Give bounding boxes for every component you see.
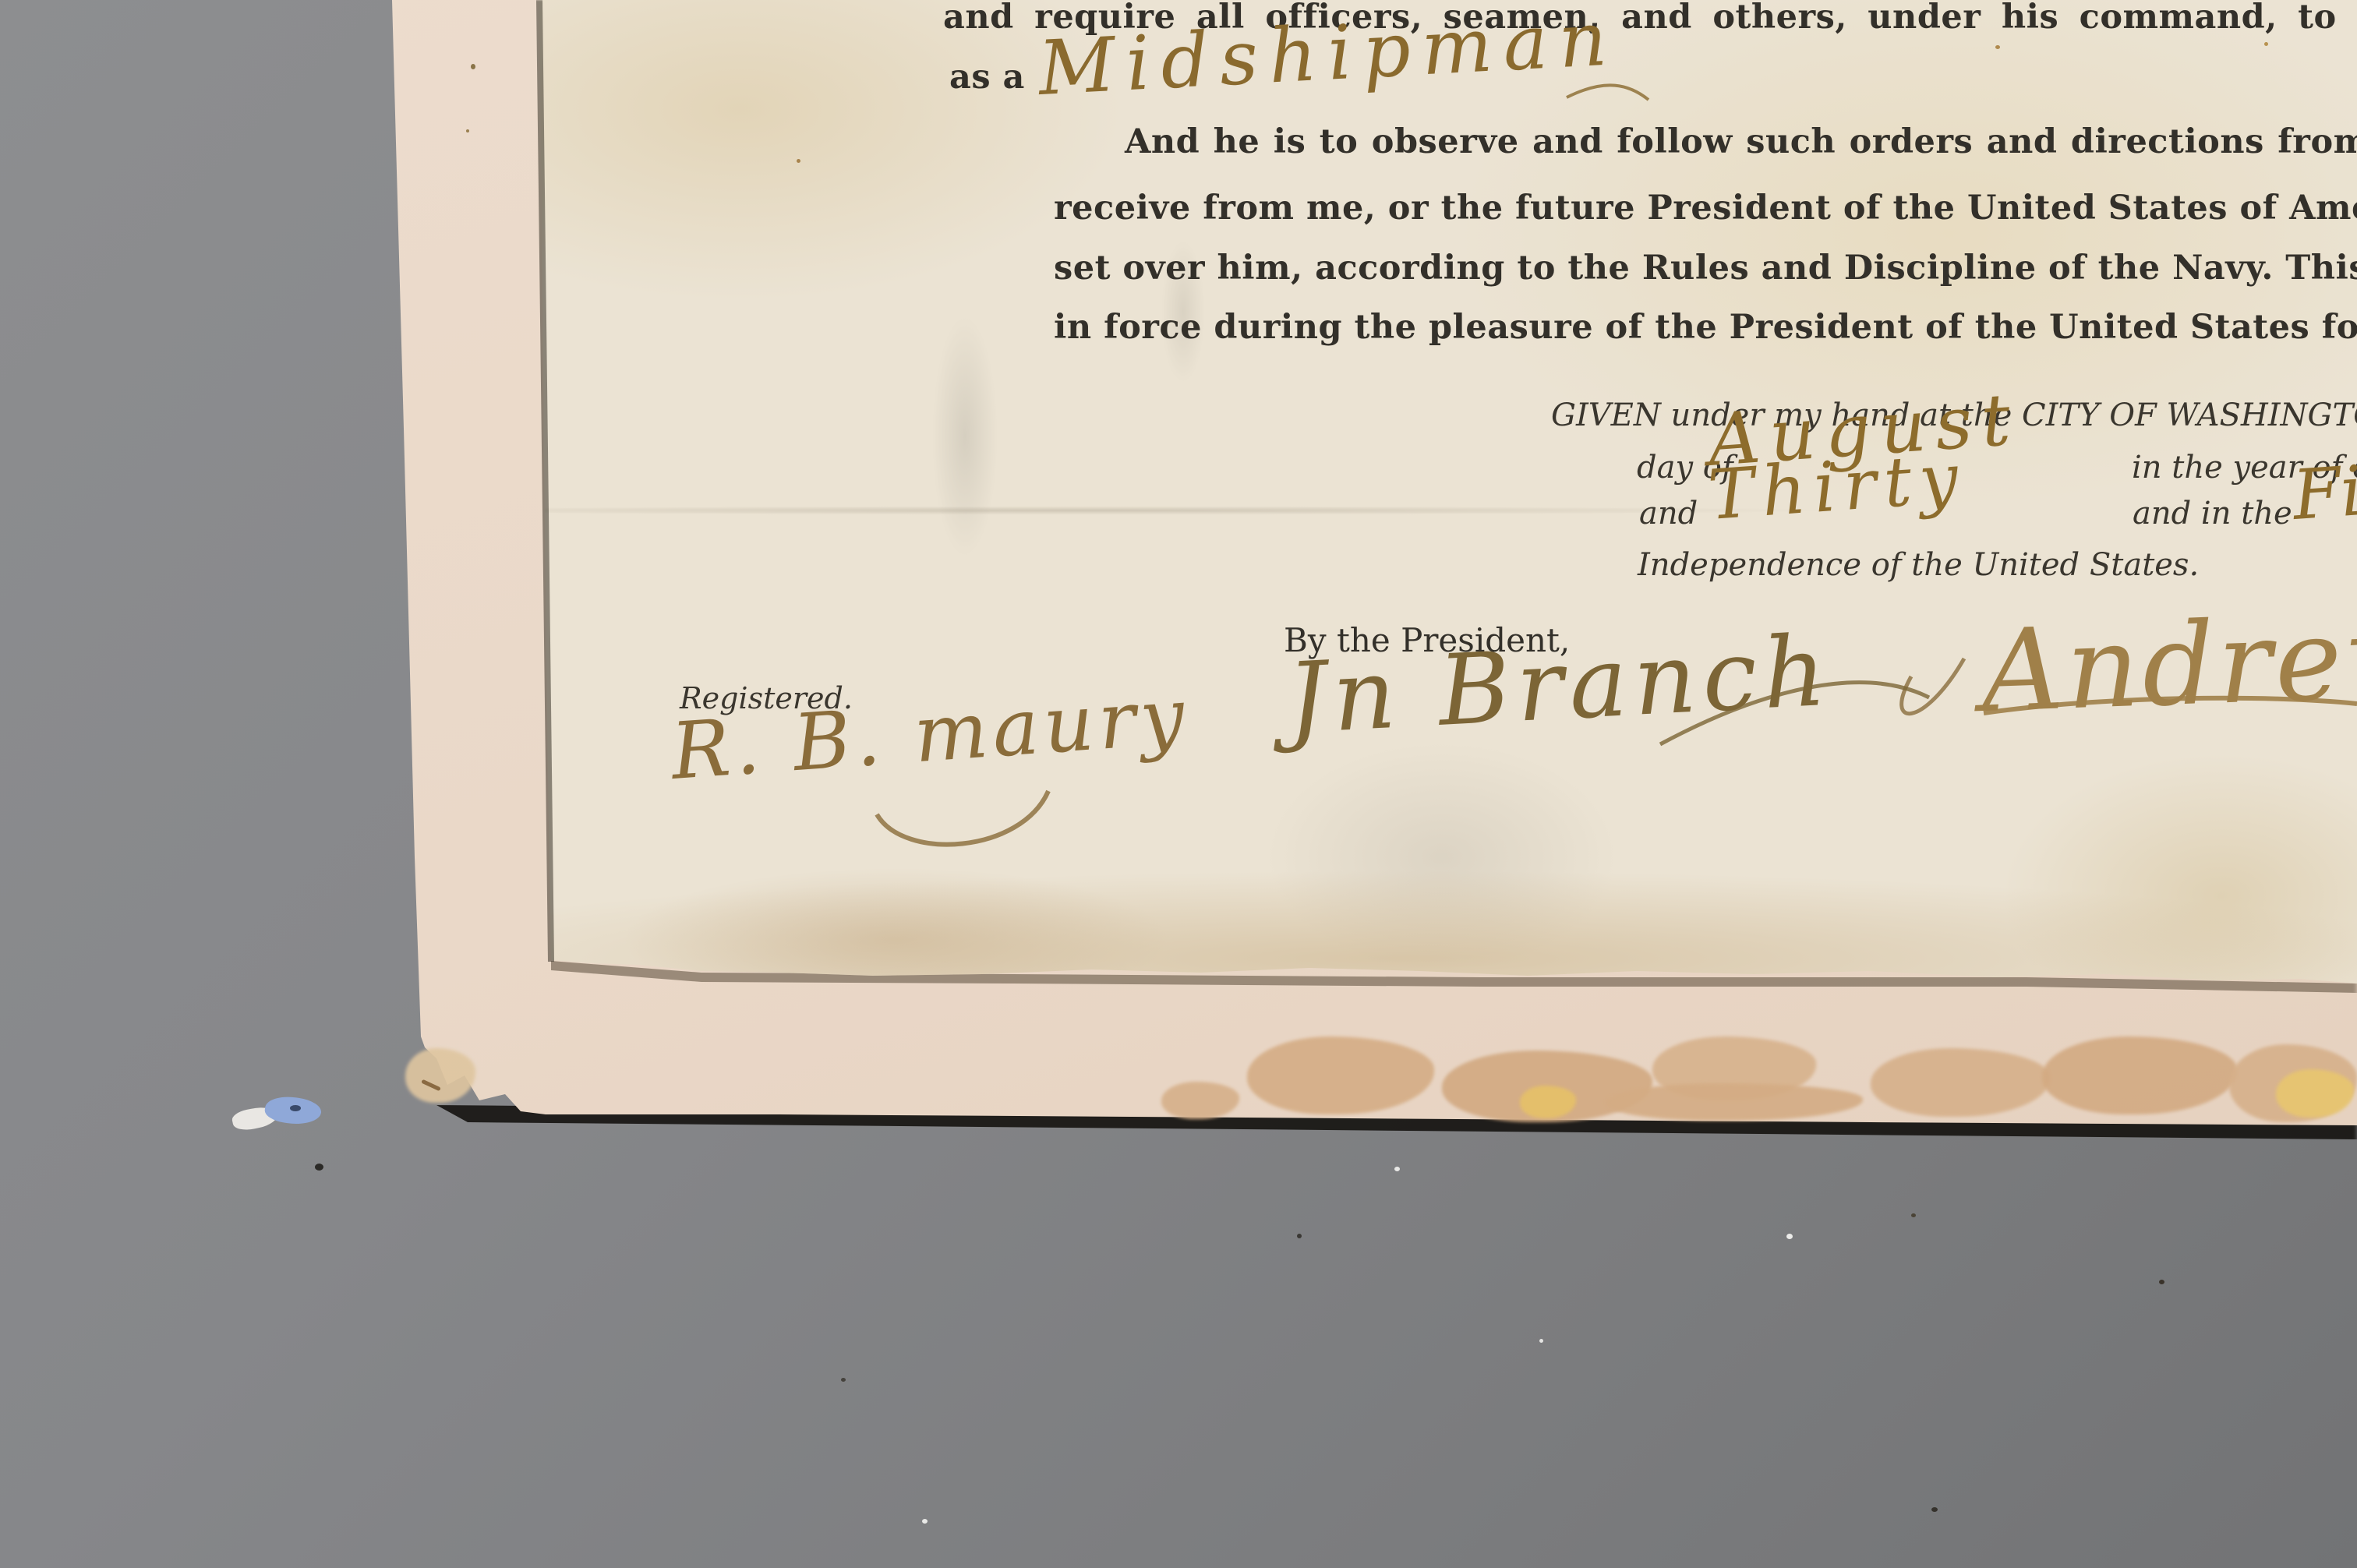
dust-speck-dark [1297,1234,1302,1238]
dust-speck-dark [841,1378,846,1382]
dust-speck-dark [2159,1280,2164,1284]
given-line-4: Independence of the United States. [1638,549,2199,581]
printed-line-3: And he is to observe and follow such ord… [1125,125,2357,159]
dust-speck-dark [315,1164,323,1171]
photograph-of-naval-commission: { "scene": { "background_color": "#86878… [0,0,2357,1568]
dust-speck-white [922,1519,928,1524]
glue-residue-blob [405,1048,475,1103]
board-fleck [466,129,469,132]
paper-foxing-dot [1995,45,2000,49]
handwritten-ordinal-fift: Fift [2291,453,2357,530]
paper-foxing-dot [797,159,800,163]
board-fleck [471,64,475,69]
dust-speck-white [1786,1234,1793,1239]
printed-line-4: receive from me, or the future President… [1054,192,2357,225]
dust-speck-dark [1931,1507,1938,1512]
signature-andrew-jackson: Andrew [1980,599,2357,729]
paper-foxing-dot [2264,42,2268,46]
signature-john-branch: Jn Branch [1285,623,1834,748]
dust-speck-white [1539,1339,1543,1343]
document-paper [0,0,2357,1568]
dust-speck-dark [1911,1213,1916,1217]
dust-speck-white [1394,1167,1400,1171]
given-line-3-prefix: and [1639,498,1698,529]
printed-line-2-prefix: as a [949,61,1025,94]
printed-line-5: set over him, according to the Rules and… [1054,252,2357,285]
paper-scrap-blue-spot [290,1105,301,1111]
given-line-3-mid: and in the [2133,498,2292,529]
printed-line-6: in force during the pleasure of the Pres… [1054,311,2357,344]
handwritten-year-thirty: Thirty [1706,443,1968,530]
